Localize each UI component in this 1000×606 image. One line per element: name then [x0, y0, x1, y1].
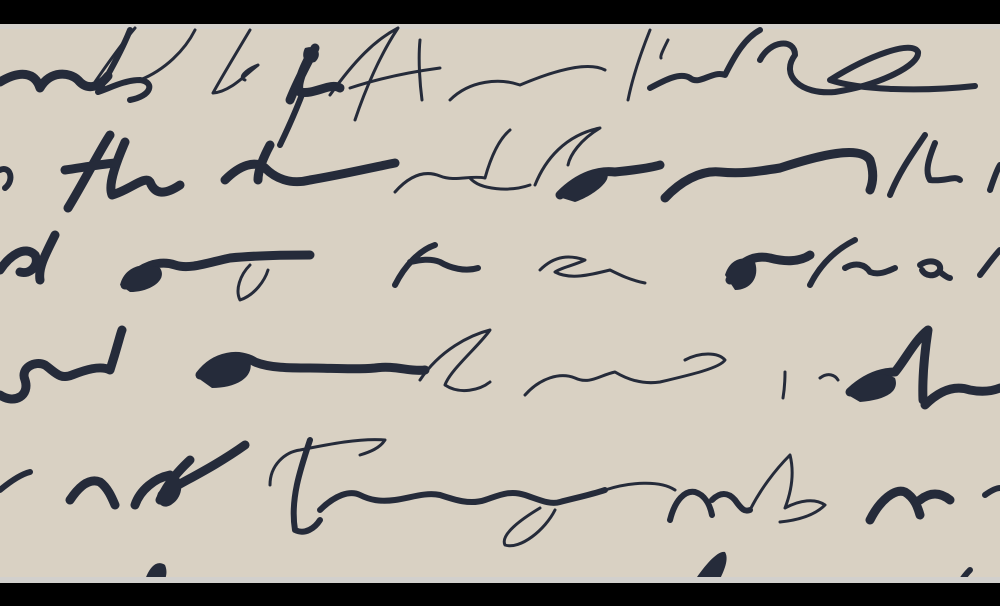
letterbox-bottom [0, 583, 1000, 606]
handwriting-ink [0, 24, 1000, 583]
handwriting-line-2 [0, 128, 1000, 208]
letterbox-top [0, 0, 1000, 24]
handwritten-page: ...arts to folpitait firebeal ...o the s… [0, 24, 1000, 583]
handwriting-line-4 [0, 330, 1000, 405]
handwriting-line-3 [0, 235, 1000, 300]
handwriting-line-1 [0, 28, 975, 145]
handwriting-line-5 [0, 440, 1000, 546]
